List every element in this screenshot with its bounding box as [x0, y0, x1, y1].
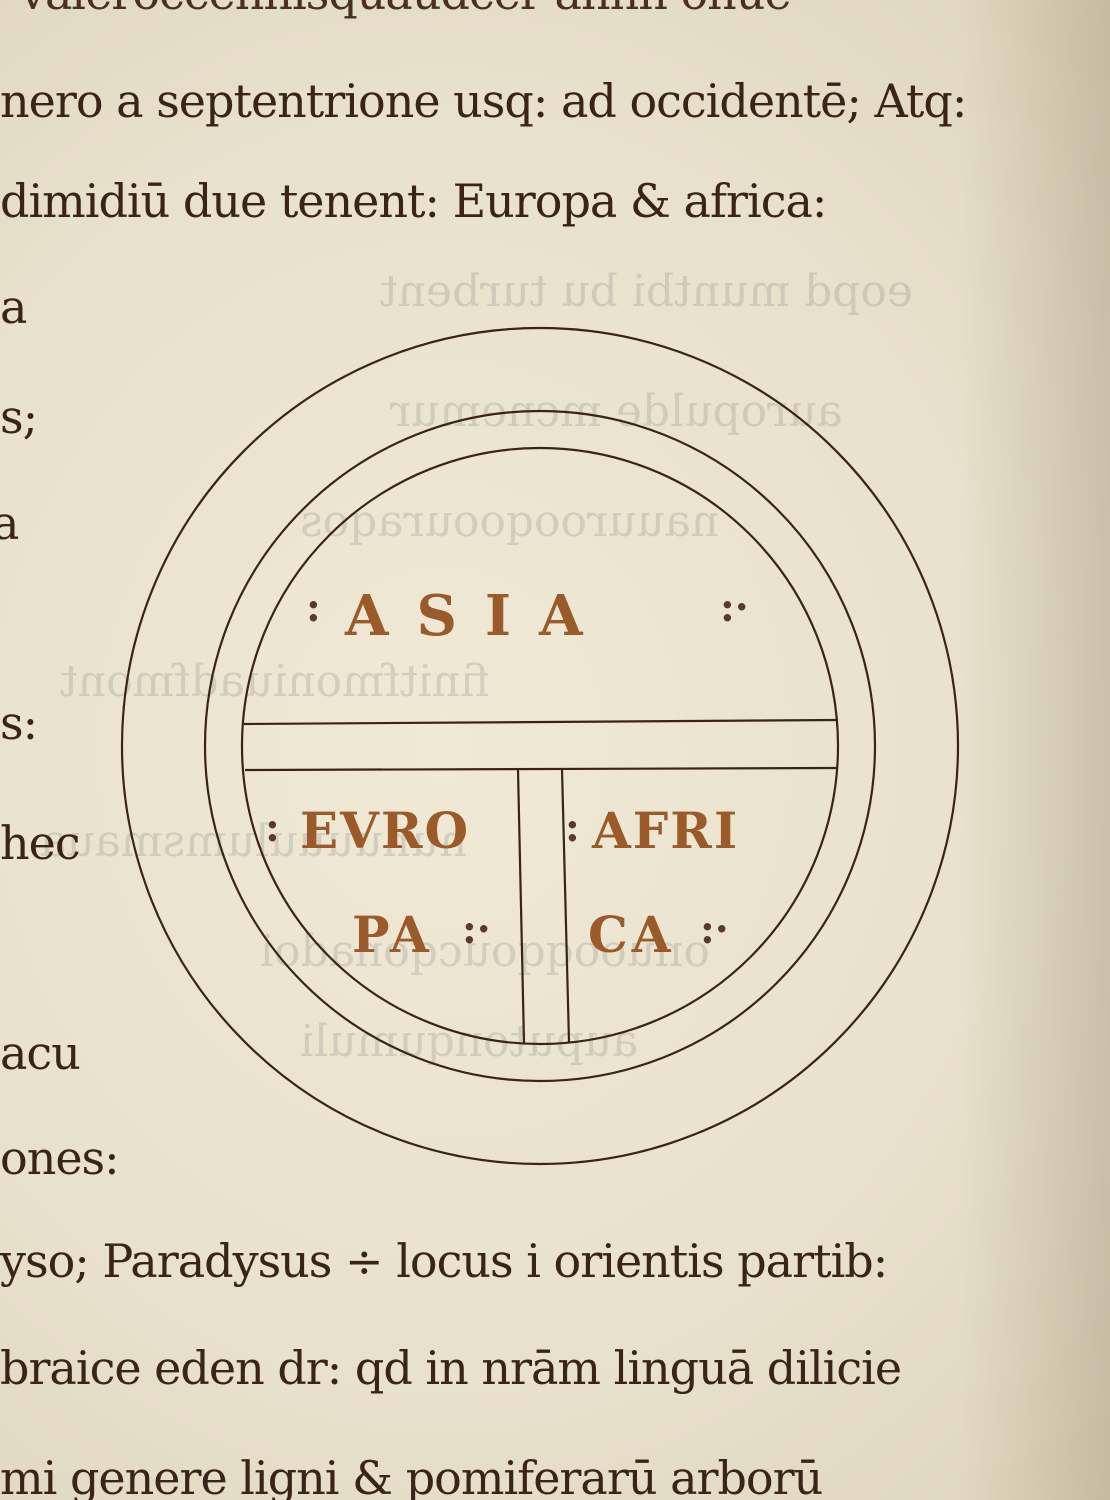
region-label-europa-2: PA	[352, 910, 433, 960]
region-label-africa-2: CA	[588, 910, 675, 960]
punctuation: :	[565, 808, 580, 848]
manuscript-line: mi genere ligni & pomiferarū arborū	[0, 1455, 822, 1500]
vertical-divider-left	[518, 770, 524, 1043]
manuscript-line: braice eden dr: qd in nrām linguā dilici…	[0, 1345, 901, 1391]
line-paradysus: yso; Paradysus ÷ locus i orientis partib…	[0, 1234, 887, 1288]
region-label-europa-1: EVRO	[300, 806, 470, 856]
horizontal-divider-bottom	[245, 768, 836, 770]
punctuation: :·	[462, 910, 491, 950]
manuscript-line: yso; Paradysus ÷ locus i orientis partib…	[0, 1238, 887, 1284]
punctuation: :·	[720, 588, 749, 628]
region-label-africa-1: AFRI	[592, 806, 739, 856]
region-label-asia: ASIA	[345, 588, 611, 644]
horizontal-divider-top	[244, 720, 838, 724]
middle-circle	[205, 411, 875, 1081]
outer-circle	[122, 328, 958, 1164]
inner-circle	[242, 448, 838, 1044]
punctuation: :	[265, 808, 280, 848]
punctuation: :·	[700, 910, 729, 950]
punctuation: :	[306, 588, 321, 628]
